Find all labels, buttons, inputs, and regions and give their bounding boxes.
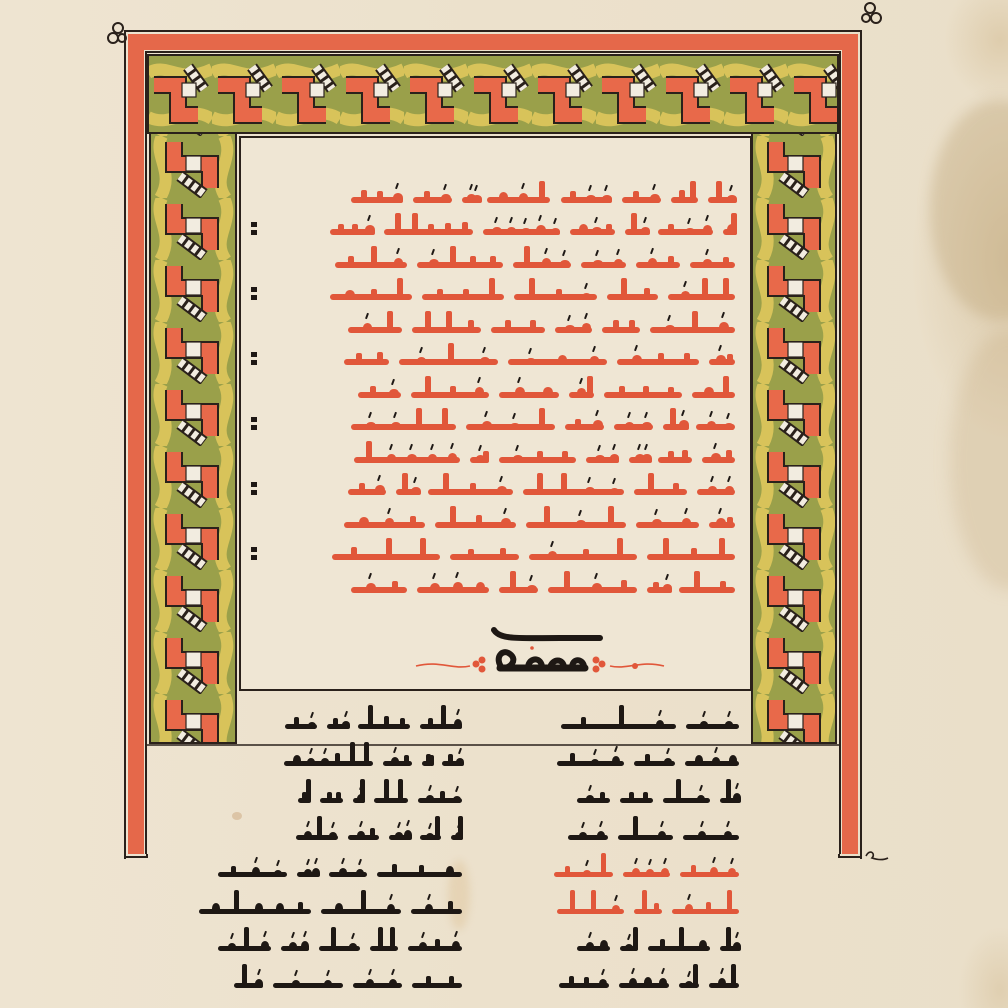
vowel-mark [616,249,620,255]
vowel-mark [509,217,513,223]
letter-stroke [306,779,311,803]
letter-stroke [600,792,605,803]
vowel-mark [588,477,592,483]
letter-stroke [597,831,605,840]
text-line: ܥܕܡܐ ܠܟܠ ܡܫܝܚܝܐ ܕܒܠܗܘܢ [515,959,745,996]
vowel-mark [377,475,381,481]
letter-stroke [586,942,594,951]
vowel-mark [550,541,554,547]
letter-stroke [397,278,403,300]
letter-stroke [543,387,553,397]
letter-stroke [400,718,405,729]
letter-stroke [699,940,707,951]
letter-stroke [395,832,403,840]
letter-stroke [468,549,474,560]
vowel-mark [652,184,656,190]
letter-stroke [606,224,612,235]
letter-stroke [595,455,605,463]
letter-stroke [386,538,392,560]
letter-stroke [712,757,720,766]
letter-stroke [453,796,461,803]
letter-stroke [510,423,520,430]
letter-stroke [614,259,624,268]
letter-stroke [733,793,741,803]
vowel-mark [294,970,298,976]
letter-stroke [633,927,638,951]
vowel-mark [387,508,391,514]
letter-stroke [352,224,358,235]
vowel-mark [368,968,372,974]
letter-stroke [612,756,620,766]
letter-stroke [668,256,674,267]
letter-stroke [591,759,599,766]
letter-stroke [565,866,570,877]
letter-stroke [659,978,667,988]
letter-stroke [449,976,454,988]
letter-stroke [648,473,654,495]
letter-stroke [621,580,627,592]
vowel-mark [276,859,280,865]
letter-stroke [703,225,713,235]
letter-stroke [692,311,698,333]
letter-stroke [483,451,489,463]
letter-stroke [387,311,393,333]
vowel-mark [627,412,631,418]
letter-stroke [629,320,635,332]
vowel-mark [395,183,399,189]
letter-stroke [350,742,355,766]
letter-stroke [470,483,476,495]
letter-stroke [704,387,714,397]
vowel-mark [588,932,592,938]
line-text: ܥܡܟܘܢ ܗܘܐ ܘܚܝܐ ܗܘܐ ܢܘܗܪܐ [150,922,151,923]
vowel-mark [644,444,648,450]
vowel-mark [650,247,654,253]
letter-stroke [377,352,383,365]
vowel-mark [614,895,618,901]
letter-stroke [448,343,454,365]
letter-stroke [576,520,586,528]
letter-stroke [560,260,570,268]
letter-stroke [425,904,433,914]
vowel-mark [393,412,397,418]
letter-stroke [569,976,574,988]
letter-stroke [539,408,545,430]
vowel-mark [515,445,519,451]
letter-stroke [426,795,434,803]
vowel-mark [406,820,410,826]
trefoil-ornament-top-right [862,3,881,23]
vowel-mark [592,346,596,352]
text-line: ܡܢ ܡܫܝܚܐ ܗܘ ܥܡܗ [515,922,745,959]
vowel-mark [341,858,345,864]
letter-stroke [645,754,650,766]
letter-stroke [691,865,696,877]
letter-stroke [411,487,421,495]
letter-stroke [679,927,684,951]
letter-stroke [490,256,496,268]
letter-stroke [304,869,312,877]
letter-stroke [364,742,369,766]
letter-stroke [462,222,468,235]
letter-stroke [583,870,591,877]
rubric-line: ܘܫܠܡܘ ܒܫܘܠܡܐ ܕܚܝܐ ܘܢܘܗܪܐ [249,536,741,569]
text-line: ܕܒܝܬܐ ܠܘܬܢ ܕܡܫܝܚܐ [515,737,745,774]
letter-stroke [366,422,376,430]
vowel-mark [263,931,267,937]
letter-stroke [339,868,347,877]
letter-stroke [646,869,654,877]
letter-stroke [632,868,640,877]
letter-stroke [556,289,562,300]
letter-stroke [228,943,236,951]
letter-stroke [577,388,587,397]
letter-stroke [731,213,737,235]
vowel-mark [612,477,616,483]
vowel-mark [595,410,599,416]
vowel-mark [584,282,588,288]
letter-stroke [633,816,638,840]
letter-stroke [599,979,607,988]
letter-stroke [561,473,567,495]
letter-stroke [430,583,440,593]
vowel-mark [517,377,521,383]
word-stroke [634,489,687,495]
letter-stroke [579,224,589,235]
vowel-mark [721,312,725,318]
vowel-mark [512,413,516,419]
vowel-mark [478,445,482,451]
letter-stroke [708,486,718,495]
letter-stroke [361,190,367,203]
letter-stroke [331,927,336,951]
line-text: ܕܟܠ ܥܡ ܐܚܐ ܕܥܡ ܡܠܟܘܬܐ ܡܫܝܚܝܬܐ [249,406,250,407]
letter-stroke [458,816,463,840]
letter-stroke [393,193,403,203]
letter-stroke [682,450,688,462]
letter-stroke [728,868,736,877]
letter-stroke [370,386,376,397]
vowel-mark [718,345,722,351]
letter-stroke [700,721,708,729]
letter-stroke [440,791,445,803]
letter-stroke [429,259,439,268]
vowel-mark [430,443,434,449]
letter-stroke [445,223,451,235]
letter-stroke [727,195,737,203]
vowel-mark [718,507,722,513]
vowel-mark [254,857,258,863]
letter-stroke [472,195,482,203]
rubric-text-panel: ܒܫܡ ܐܒܐ ܘܒܪܐ ܘܪܘܚܐ ܕܩܘܕܫܐ ܚܕ ܐܠܗܐ ܫܪܝܪܐܗ… [239,136,752,691]
vowel-mark [454,931,458,937]
vowel-mark [455,572,459,578]
letter-stroke [292,980,300,988]
line-text: ܗܢܘ ܕܝܢ ܟܕ ܚܙܐ ܕܐܬܝܗܒ ܠܗ ܐܘܢܓܠܝܘܢ [249,438,250,439]
letter-stroke [359,483,365,495]
letter-stroke [366,979,374,988]
letter-stroke [663,538,669,560]
text-line: ܕܝܠܗ ܕܐܒܐ ܐܬܝ [515,811,745,848]
rubric-line: ܗܘ ܡܫܡܠܝܢ ܐܢܘ ܐܢܚܢܢ ܡܟܬܒܢܘܬܐ ܕܐܘܢܓܠܝܘܢ ܩ… [249,211,741,244]
vowel-mark [421,931,425,937]
vowel-mark [727,711,731,717]
letter-stroke [452,941,460,951]
vowel-mark [729,184,733,190]
letter-stroke [378,927,383,951]
letter-stroke [685,904,693,914]
text-column-left: ܒܪܫܝܬ ܐܝܬܘܗܝ ܗܘܐ ܡܠܬܐܚܠܦ ܡܢ ܥܠܡܐ ܡܫܬܡܠܝܢ… [150,700,468,996]
vowel-mark [581,822,585,828]
letter-stroke [453,582,463,592]
letter-stroke [312,868,320,877]
letter-stroke [417,357,427,365]
letter-stroke [592,583,602,592]
letter-stroke [446,866,454,877]
rubric-line: ܐܝܟ ܕܡܘܕܥ ܥܠ ܗܠܝܢ ܟܠܗܝܢ ܡܠܐ [249,373,741,406]
letter-stroke [293,755,301,766]
vowel-mark [291,932,295,938]
letter-stroke [702,278,708,300]
vowel-mark [562,250,566,256]
vowel-mark [477,377,481,383]
letter-stroke [244,927,249,951]
letter-stroke [619,386,625,398]
letter-stroke [726,450,732,463]
letter-stroke [366,441,372,463]
line-text: ܡܢ ܩܕܡ ܗܘܐ ܡܠܬܐ ܕܐܠܗܐ [150,811,151,812]
letter-stroke [668,387,674,398]
letter-stroke [387,904,395,914]
rubric-line: ܡܠܟܘܬܐ ܕܫܡܝܐ ܡܬܚܙܝܐ [515,848,745,885]
letter-stroke [716,355,726,365]
vowel-mark [648,859,652,865]
vowel-mark [567,315,571,321]
letter-stroke [691,548,697,560]
word-stroke [348,327,401,333]
letter-stroke [592,227,602,235]
letter-stroke [641,227,651,235]
line-text: ܕܒܪ ܠܡܬܝ ܘܠܡܪܩܘܣ ܘܠܠܘܩܐ ܡܢ ܩܕܡ [249,471,250,472]
letter-stroke [507,227,517,235]
letter-stroke [527,585,537,592]
rubric-line: ܗܢܘ ܕܝܢ ܟܕ ܚܙܐ ܕܐܬܝܗܒ ܠܗ ܐܘܢܓܠܝܘܢ [249,438,741,471]
vowel-mark [428,785,432,791]
line-text: ܠܡܫܠܡܘ ܐܝܟ ܕܡܫܝܚܐ [515,885,516,886]
line-text: ܐܝܟ ܕܡܘܕܥ ܥܠ ܗܠܝܢ ܟܠܗܝܢ ܡܠܐ [249,373,250,374]
letter-stroke [398,779,403,803]
letter-stroke [723,376,729,398]
vowel-mark [720,968,724,974]
letter-stroke [724,831,732,840]
vowel-mark [469,184,473,190]
letter-stroke [363,323,373,333]
vowel-mark [456,709,460,715]
letter-stroke [429,755,434,766]
rubric-line: ܕܐܝܬ ܒܗ ܬܫܡܫܬܐ ܕܟܠ ܫܘܒܚܐ ܠܥܠܡ [249,568,741,601]
letter-stroke [426,976,431,988]
vowel-mark [306,859,310,865]
letter-stroke [342,721,350,729]
letter-stroke [537,473,543,495]
letter-stroke [681,291,691,300]
vowel-mark [612,444,616,450]
letter-stroke [729,755,737,766]
letter-stroke [351,547,357,560]
letter-stroke [679,420,689,430]
letter-stroke [428,454,438,463]
letter-stroke [593,420,603,430]
vowel-mark [257,969,261,975]
vowel-mark [494,216,498,222]
letter-stroke [357,831,365,840]
vowel-mark [419,347,423,353]
vowel-mark [712,857,716,863]
vowel-mark [637,444,641,450]
letter-stroke [660,939,665,951]
vowel-mark [528,347,532,353]
letter-stroke [456,758,464,766]
trefoil-ornament-top-left [108,23,126,43]
letter-stroke [716,181,722,203]
text-line: ܠܟܠܗܘܢ ܡܕܡ ܟܠ ܒܐܝܕܗ [150,848,468,885]
vowel-mark [306,820,310,826]
letter-stroke [392,864,397,877]
vowel-mark [661,968,665,974]
line-text: ܕܝܠܗ ܕܐܒܐ ܐܬܝ [515,811,516,812]
vowel-mark [660,821,664,827]
line-text: ܕܐܝܬ ܒܗ ܬܫܡܫܬܐ ܕܟܠ ܫܘܒܚܐ ܠܥܠܡ [249,568,250,569]
letter-stroke [658,353,664,365]
line-text: ܕܒܝܬܐ ܠܘܬܢ ܕܡܫܝܚܐ [515,737,516,738]
text-line: ܚܠܦ ܕܫܡܥܬܐ [515,700,745,737]
letter-stroke [390,927,395,951]
rubric-line: ܡܢ ܓܙܪܬܐ ܕܦܛܡܘܣ ܕܐܫܬܕܝ ܬܡܢ [249,341,741,374]
letter-stroke [335,753,340,766]
line-text: ܥܡ ܗܢܘܢ ܡܫܡܠܝܢ ܠܟܬܒܐ ܡܫܒܚܐ [249,503,250,504]
letter-stroke [698,831,706,840]
letter-stroke [718,978,726,988]
letter-stroke [255,979,263,988]
letter-stroke [419,942,427,951]
letter-stroke [242,964,247,988]
letter-stroke [529,278,535,300]
letter-stroke [526,358,536,365]
vowel-mark [455,786,459,792]
line-text: ܒܪܫܝܬ ܐܝܬܘܗܝ ܗܘܐ ܡܠܬܐ [150,700,151,701]
letter-stroke [542,258,552,268]
letter-stroke [419,865,424,877]
vowel-mark [687,894,691,900]
letter-stroke [668,451,674,462]
letter-stroke [304,831,312,840]
letter-stroke [308,722,316,729]
line-text: ܘܫܠܡܘ ܒܫܘܠܡܐ ܕܚܝܐ ܘܢܘܗܪܐ [249,536,250,537]
letter-stroke [437,289,443,300]
letter-stroke [581,717,586,729]
vowel-mark [654,509,658,515]
rubric-line: ܕܝܘܢܝܐ ܕܡܢ ܒܬܪ ܫܢܝܐ ܣܓܝܐܐ ܕܢܚܬ [249,308,741,341]
letter-stroke [719,538,725,560]
vowel-mark [428,822,432,828]
vowel-mark [735,932,739,938]
line-text: ܕܐܠܗܐ ܡܪܝܐ ܗܘ ܗܘܐ ܒܗ [150,774,151,775]
vowel-mark [391,969,395,975]
text-column-right: ܚܠܦ ܕܫܡܥܬܐܕܒܝܬܐ ܠܘܬܢ ܕܡܫܝܚܐܕܟ ܚܡܫܐ ܕܒܠ ܗ… [515,700,745,996]
vowel-mark [326,970,330,976]
letter-stroke [731,964,736,988]
letter-stroke [448,901,453,914]
letter-stroke [727,517,733,528]
letter-stroke [450,506,456,528]
vowel-mark [310,712,314,718]
letter-stroke [336,792,341,803]
letter-stroke [446,311,452,333]
letter-stroke [454,719,462,729]
letter-stroke [470,256,476,268]
letter-stroke [644,977,652,988]
letter-stroke [356,353,362,365]
letter-stroke [356,869,364,877]
vowel-mark [450,442,454,448]
word-stroke [411,909,462,914]
letter-stroke [723,278,729,300]
vowel-mark [538,215,542,221]
letter-stroke [725,486,735,495]
vowel-mark [658,709,662,715]
rubric-line: ܥܡ ܗܢܘܢ ܡܫܡܠܝܢ ܠܟܬܒܐ ܡܫܒܚܐ [249,503,741,536]
letter-stroke [648,258,658,268]
vowel-mark [687,971,691,977]
vowel-mark [303,931,307,937]
letter-stroke [720,581,726,593]
vowel-mark [713,443,717,449]
vowel-mark [726,413,730,419]
vowel-mark [393,746,397,752]
vowel-mark [309,748,313,754]
vowel-mark [644,412,648,418]
letter-stroke [321,758,329,766]
rubric-line: ܒܫܡ ܐܒܐ ܘܒܪܐ ܘܪܘܚܐ ܕܩܘܕܫܐ ܚܕ ܐܠܗܐ ܫܪܝܪܐ [249,178,741,211]
letter-stroke [482,421,492,430]
letter-stroke [644,288,650,300]
vowel-mark [627,933,631,939]
letter-stroke [733,942,741,951]
letter-stroke [375,485,385,495]
vowel-mark [521,183,525,189]
letter-stroke [255,903,263,914]
text-line: ܕܟ ܚܡܫܐ ܕܒܠ ܗܘܢ [515,774,745,811]
vowel-mark [314,857,318,863]
vowel-mark [544,248,548,254]
letter-stroke [673,483,679,495]
vowel-mark [614,746,618,752]
vowel-mark [601,969,605,975]
letter-stroke [670,408,676,430]
letter-stroke [586,795,594,803]
vowel-mark [594,217,598,223]
letter-stroke [500,548,506,560]
vowel-mark [595,250,599,256]
vowel-mark [579,378,583,384]
letter-stroke [654,903,659,914]
vowel-mark [599,820,603,826]
letter-stroke [365,225,375,235]
vowel-mark [634,857,638,863]
letter-stroke [441,194,451,202]
letter-stroke [697,795,705,803]
letter-stroke [448,453,458,463]
